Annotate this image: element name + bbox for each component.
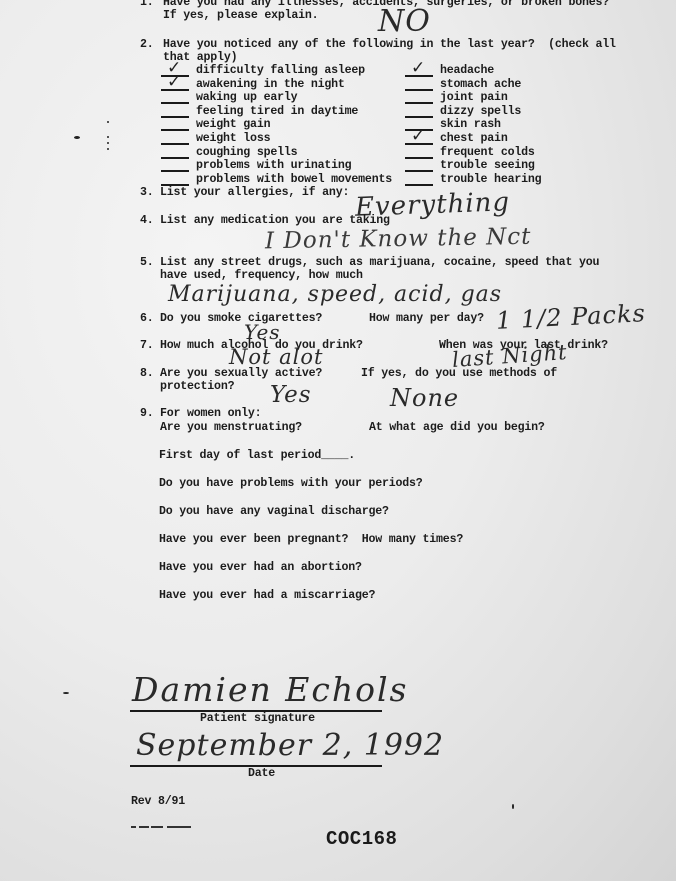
margin-mark — [107, 142, 109, 144]
q9-subquestion: Have you ever had a miscarriage? — [159, 589, 375, 602]
q6-number: 6. — [140, 312, 154, 325]
q5-text-2: have used, frequency, how much — [160, 269, 363, 282]
right-checkbox-blank[interactable] — [405, 184, 433, 186]
q4-text: List any medication you are taking — [160, 214, 390, 227]
q1-answer: NO — [378, 4, 431, 39]
right-symptom-label: frequent colds — [440, 146, 535, 159]
q9-text-2b: At what age did you begin? — [369, 421, 545, 434]
q9-subquestion: Have you ever been pregnant? How many ti… — [159, 533, 463, 546]
q9-text-2a: Are you menstruating? — [160, 421, 302, 434]
q6-text: Do you smoke cigarettes? — [160, 312, 322, 325]
q8-text-2: protection? — [160, 380, 234, 393]
right-symptom-label: skin rash — [440, 118, 501, 131]
left-symptom-label: waking up early — [196, 91, 297, 104]
q8-text: Are you sexually active? — [160, 367, 322, 380]
q8-answer-active: Yes — [270, 382, 312, 408]
q3-number: 3. — [140, 186, 154, 199]
left-checkbox-blank[interactable] — [161, 143, 189, 145]
footer-dash — [167, 826, 191, 828]
footer-dash — [131, 826, 136, 828]
footer-dash — [151, 826, 163, 828]
right-checkbox-blank[interactable] — [405, 157, 433, 159]
right-checkbox-blank[interactable] — [405, 170, 433, 172]
q9-subquestion: First day of last period____. — [159, 449, 355, 462]
left-checkbox-blank[interactable] — [161, 129, 189, 131]
checkmark-icon: ✓ — [167, 74, 181, 91]
margin-mark — [63, 692, 69, 694]
right-symptom-label: joint pain — [440, 91, 508, 104]
q5-number: 5. — [140, 256, 154, 269]
revision-label: Rev 8/91 — [131, 795, 185, 808]
q1-text-2: If yes, please explain. — [163, 9, 318, 22]
checkmark-icon: ✓ — [411, 128, 425, 145]
q9-subquestion: Do you have any vaginal discharge? — [159, 505, 389, 518]
left-symptom-label: weight loss — [196, 132, 270, 145]
q6-text-2: How many per day? — [369, 312, 484, 325]
left-checkbox-blank[interactable] — [161, 170, 189, 172]
q9-subquestion: Have you ever had an abortion? — [159, 561, 362, 574]
left-symptom-label: weight gain — [196, 118, 270, 131]
right-symptom-label: chest pain — [440, 132, 508, 145]
q8-answer-protection: None — [390, 384, 459, 412]
q6-answer-per-day: 1 1/2 Packs — [495, 299, 646, 335]
left-symptom-label: coughing spells — [196, 146, 297, 159]
q9-subquestion: Do you have problems with your periods? — [159, 477, 423, 490]
date-value: September 2, 1992 — [136, 728, 444, 763]
right-symptom-label: headache — [440, 64, 494, 77]
left-symptom-label: awakening in the night — [196, 78, 345, 91]
right-symptom-label: dizzy spells — [440, 105, 521, 118]
q9-text: For women only: — [160, 407, 261, 420]
right-symptom-label: stomach ache — [440, 78, 521, 91]
left-symptom-label: feeling tired in daytime — [196, 105, 358, 118]
q5-text: List any street drugs, such as marijuana… — [160, 256, 599, 269]
checkmark-icon: ✓ — [411, 60, 425, 77]
q7-answer-amount: Not alot — [229, 345, 323, 369]
q5-answer: Marijuana, speed, acid, gas — [168, 282, 502, 307]
left-symptom-label: problems with urinating — [196, 159, 351, 172]
q7-number: 7. — [140, 339, 154, 352]
bates-stamp: COC168 — [326, 828, 397, 850]
q2-number: 2. — [140, 38, 154, 51]
margin-mark — [512, 804, 514, 809]
q1-number: 1. — [140, 0, 154, 9]
left-symptom-label: problems with bowel movements — [196, 173, 392, 186]
right-symptom-label: trouble seeing — [440, 159, 535, 172]
left-checkbox-blank[interactable] — [161, 102, 189, 104]
q2-text: Have you noticed any of the following in… — [163, 38, 616, 51]
margin-mark — [107, 121, 109, 123]
footer-dash — [139, 826, 149, 828]
q4-answer: I Don't Know the Nct — [265, 224, 532, 255]
q4-number: 4. — [140, 214, 154, 227]
q8-text-1b: If yes, do you use methods of — [361, 367, 557, 380]
left-checkbox-blank[interactable] — [161, 157, 189, 159]
margin-mark — [107, 136, 109, 138]
q3-text: List your allergies, if any: — [160, 186, 349, 199]
margin-mark — [74, 136, 80, 139]
left-checkbox-blank[interactable] — [161, 116, 189, 118]
q9-number: 9. — [140, 407, 154, 420]
margin-mark — [107, 148, 109, 150]
patient-signature-label: Patient signature — [200, 712, 315, 725]
right-checkbox-blank[interactable] — [405, 116, 433, 118]
q8-number: 8. — [140, 367, 154, 380]
right-checkbox-blank[interactable] — [405, 102, 433, 104]
patient-signature-value: Damien Echols — [132, 670, 408, 709]
right-symptom-label: trouble hearing — [440, 173, 541, 186]
left-symptom-label: difficulty falling asleep — [196, 64, 365, 77]
date-label: Date — [248, 767, 275, 780]
right-checkbox-blank[interactable] — [405, 89, 433, 91]
